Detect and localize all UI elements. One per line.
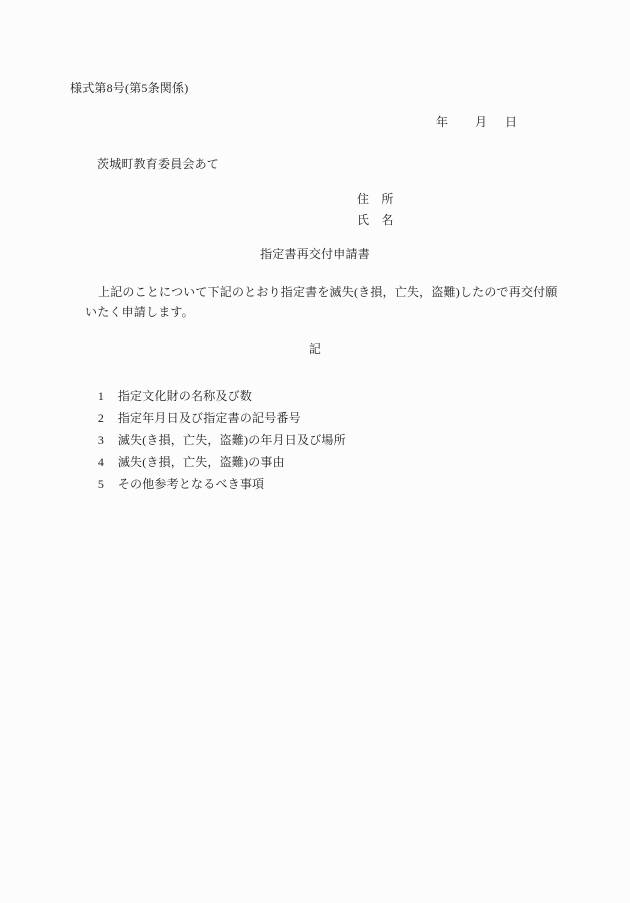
list-item: 5その他参考となるべき事項 xyxy=(85,465,264,504)
applicant-name-label: 氏 名 xyxy=(357,214,394,227)
list-item-text: その他参考となるべき事項 xyxy=(118,477,264,491)
application-form-page: 様式第8号(第5条関係) 年 月 日 茨城町教育委員会あて 住 所 氏 名 指定… xyxy=(0,0,630,903)
body-line-1: 上記のことについて下記のとおり指定書を滅失(き損，亡失，盗難)したので再交付願 xyxy=(98,286,558,299)
body-line-2: いたく申請します。 xyxy=(85,306,194,319)
applicant-address-label: 住 所 xyxy=(357,193,394,206)
addressee: 茨城町教育委員会あて xyxy=(97,158,219,171)
date-year-label: 年 xyxy=(436,116,448,129)
list-header: 記 xyxy=(0,343,630,356)
date-day-label: 日 xyxy=(505,116,517,129)
date-month-label: 月 xyxy=(475,116,487,129)
form-number: 様式第8号(第5条関係) xyxy=(70,82,188,95)
document-title: 指定書再交付申請書 xyxy=(0,248,630,261)
list-item-number: 5 xyxy=(98,478,118,491)
